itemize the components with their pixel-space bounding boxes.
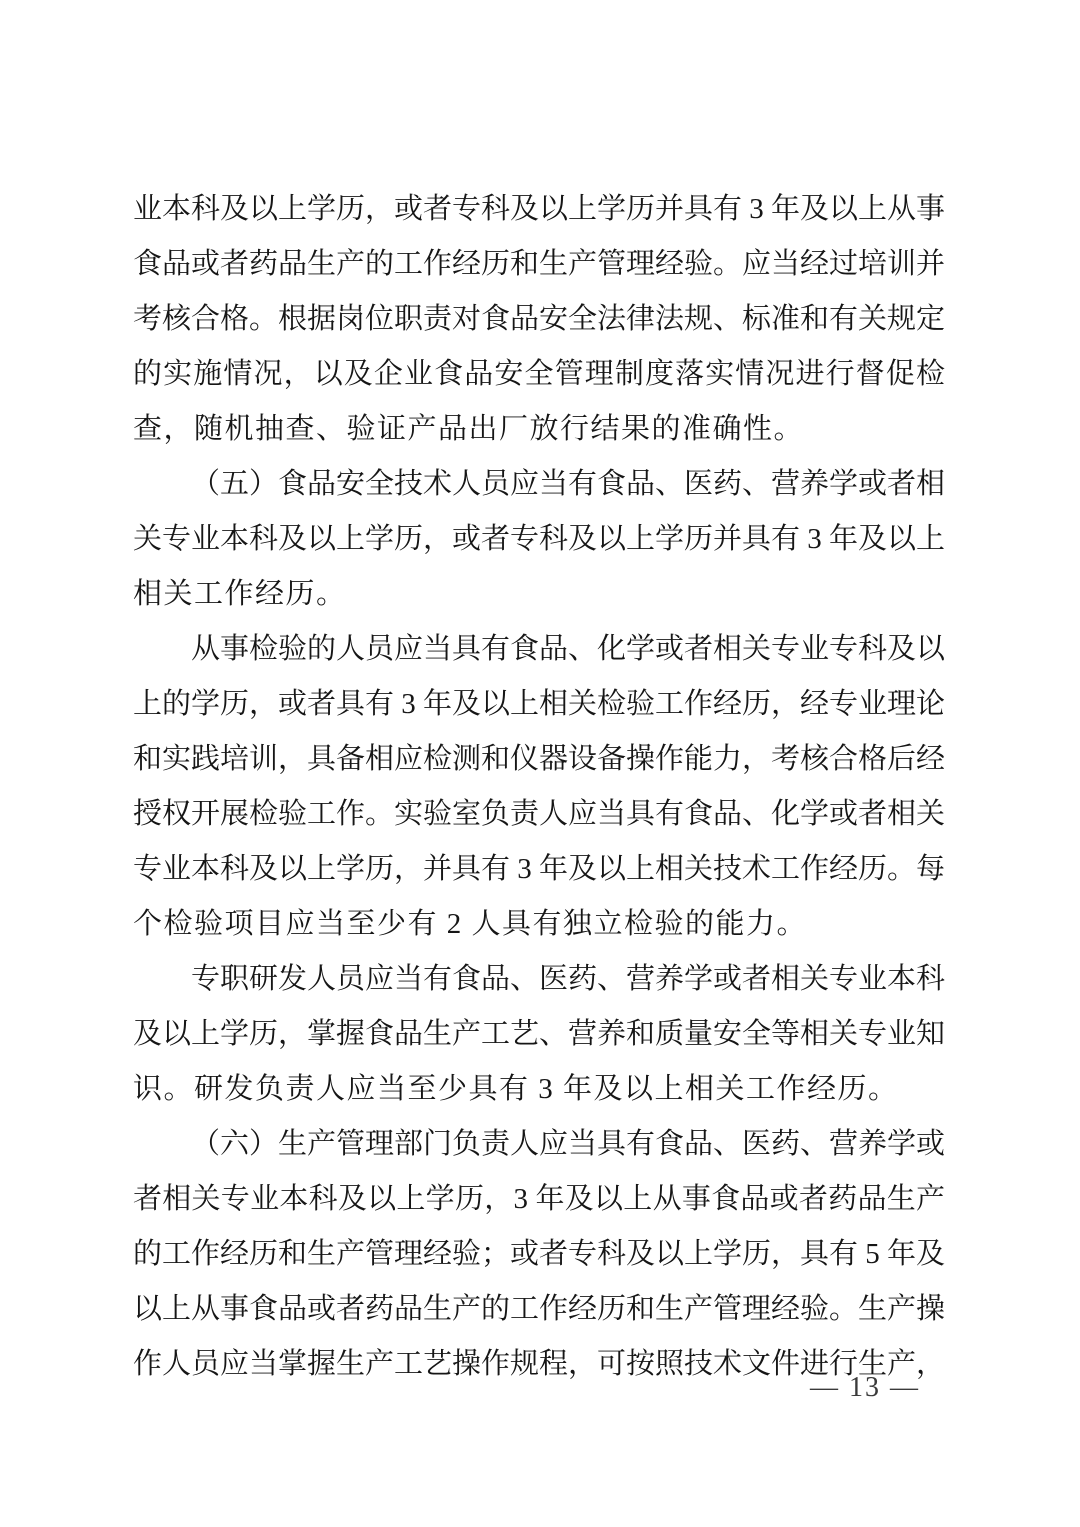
document-page: 业本科及以上学历，或者专科及以上学历并具有 3 年及以上从事 食品或者药品生产的… <box>0 0 1080 1527</box>
text-line: 食品或者药品生产的工作经历和生产管理经验。应当经过培训并 <box>133 237 945 292</box>
text-line: 的工作经历和生产管理经验；或者专科及以上学历，具有 5 年及 <box>133 1227 945 1282</box>
text-line: 授权开展检验工作。实验室负责人应当具有食品、化学或者相关 <box>133 787 945 842</box>
text-line: 查，随机抽查、验证产品出厂放行结果的准确性。 <box>133 402 945 457</box>
text-line: 上的学历，或者具有 3 年及以上相关检验工作经历，经专业理论 <box>133 677 945 732</box>
text-line paragraph-start: （五）食品安全技术人员应当有食品、医药、营养学或者相 <box>133 457 945 512</box>
page-number: — 13 — <box>810 1371 920 1405</box>
text-line: 关专业本科及以上学历，或者专科及以上学历并具有 3 年及以上 <box>133 512 945 567</box>
text-line: 业本科及以上学历，或者专科及以上学历并具有 3 年及以上从事 <box>133 182 945 237</box>
text-line: 者相关专业本科及以上学历，3 年及以上从事食品或者药品生产 <box>133 1172 945 1227</box>
text-line paragraph-start: 从事检验的人员应当具有食品、化学或者相关专业专科及以 <box>133 622 945 677</box>
text-line: 和实践培训，具备相应检测和仪器设备操作能力，考核合格后经 <box>133 732 945 787</box>
text-line: 及以上学历，掌握食品生产工艺、营养和质量安全等相关专业知 <box>133 1007 945 1062</box>
text-line: 以上从事食品或者药品生产的工作经历和生产管理经验。生产操 <box>133 1282 945 1337</box>
text-line: 的实施情况，以及企业食品安全管理制度落实情况进行督促检 <box>133 347 945 402</box>
text-line: 个检验项目应当至少有 2 人具有独立检验的能力。 <box>133 897 945 952</box>
document-body: 业本科及以上学历，或者专科及以上学历并具有 3 年及以上从事 食品或者药品生产的… <box>133 182 945 1392</box>
text-line paragraph-start: 专职研发人员应当有食品、医药、营养学或者相关专业本科 <box>133 952 945 1007</box>
text-line: 考核合格。根据岗位职责对食品安全法律法规、标准和有关规定 <box>133 292 945 347</box>
text-line paragraph-start: （六）生产管理部门负责人应当具有食品、医药、营养学或 <box>133 1117 945 1172</box>
text-line: 专业本科及以上学历，并具有 3 年及以上相关技术工作经历。每 <box>133 842 945 897</box>
text-line: 相关工作经历。 <box>133 567 945 622</box>
text-line: 识。研发负责人应当至少具有 3 年及以上相关工作经历。 <box>133 1062 945 1117</box>
